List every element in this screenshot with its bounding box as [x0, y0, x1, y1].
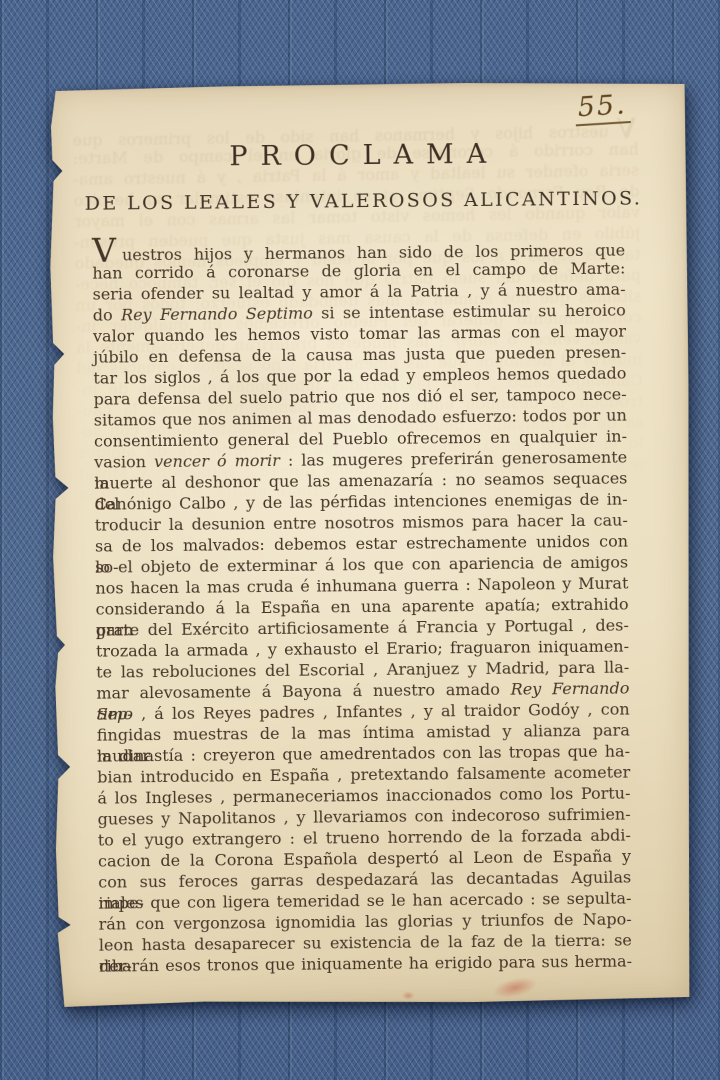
body-line-segment: timo [97, 704, 134, 723]
red-ink-smudge [491, 974, 540, 1002]
body-line-segment: do [93, 305, 121, 324]
body-line-segment: vasion [94, 452, 154, 472]
body-line-segment: Rey Fernando Septimo [121, 304, 313, 325]
body-text: Vuestros hijos y hermanos han sido de lo… [92, 237, 632, 977]
red-ink-dot [402, 992, 414, 1000]
document-title: PROCLAMA [91, 138, 624, 174]
document-subtitle: DE LOS LEALES Y VALEROSOS ALICANTINOS. [85, 187, 633, 214]
body-line-segment: vencer ó morir [154, 451, 280, 471]
photo-of-document-on-fabric: Vuestros hijos y hermanos han sido de lo… [0, 0, 720, 1080]
body-line-segment: V [92, 242, 117, 258]
handwritten-page-number: 55. [574, 90, 631, 126]
body-line-segment: si se intentase estimular su heroico [313, 301, 626, 323]
body-line-segment: ribarán esos tronos que iniquamente ha e… [99, 952, 632, 976]
paper-sheet-wrapper: Vuestros hijos y hermanos han sido de lo… [46, 81, 695, 1008]
body-line-segment: mar alevosamente á Bayona á nuestro amad… [96, 680, 510, 703]
body-line: ribarán esos tronos que iniquamente ha e… [99, 951, 632, 977]
paper-sheet: Vuestros hijos y hermanos han sido de lo… [46, 81, 695, 1008]
